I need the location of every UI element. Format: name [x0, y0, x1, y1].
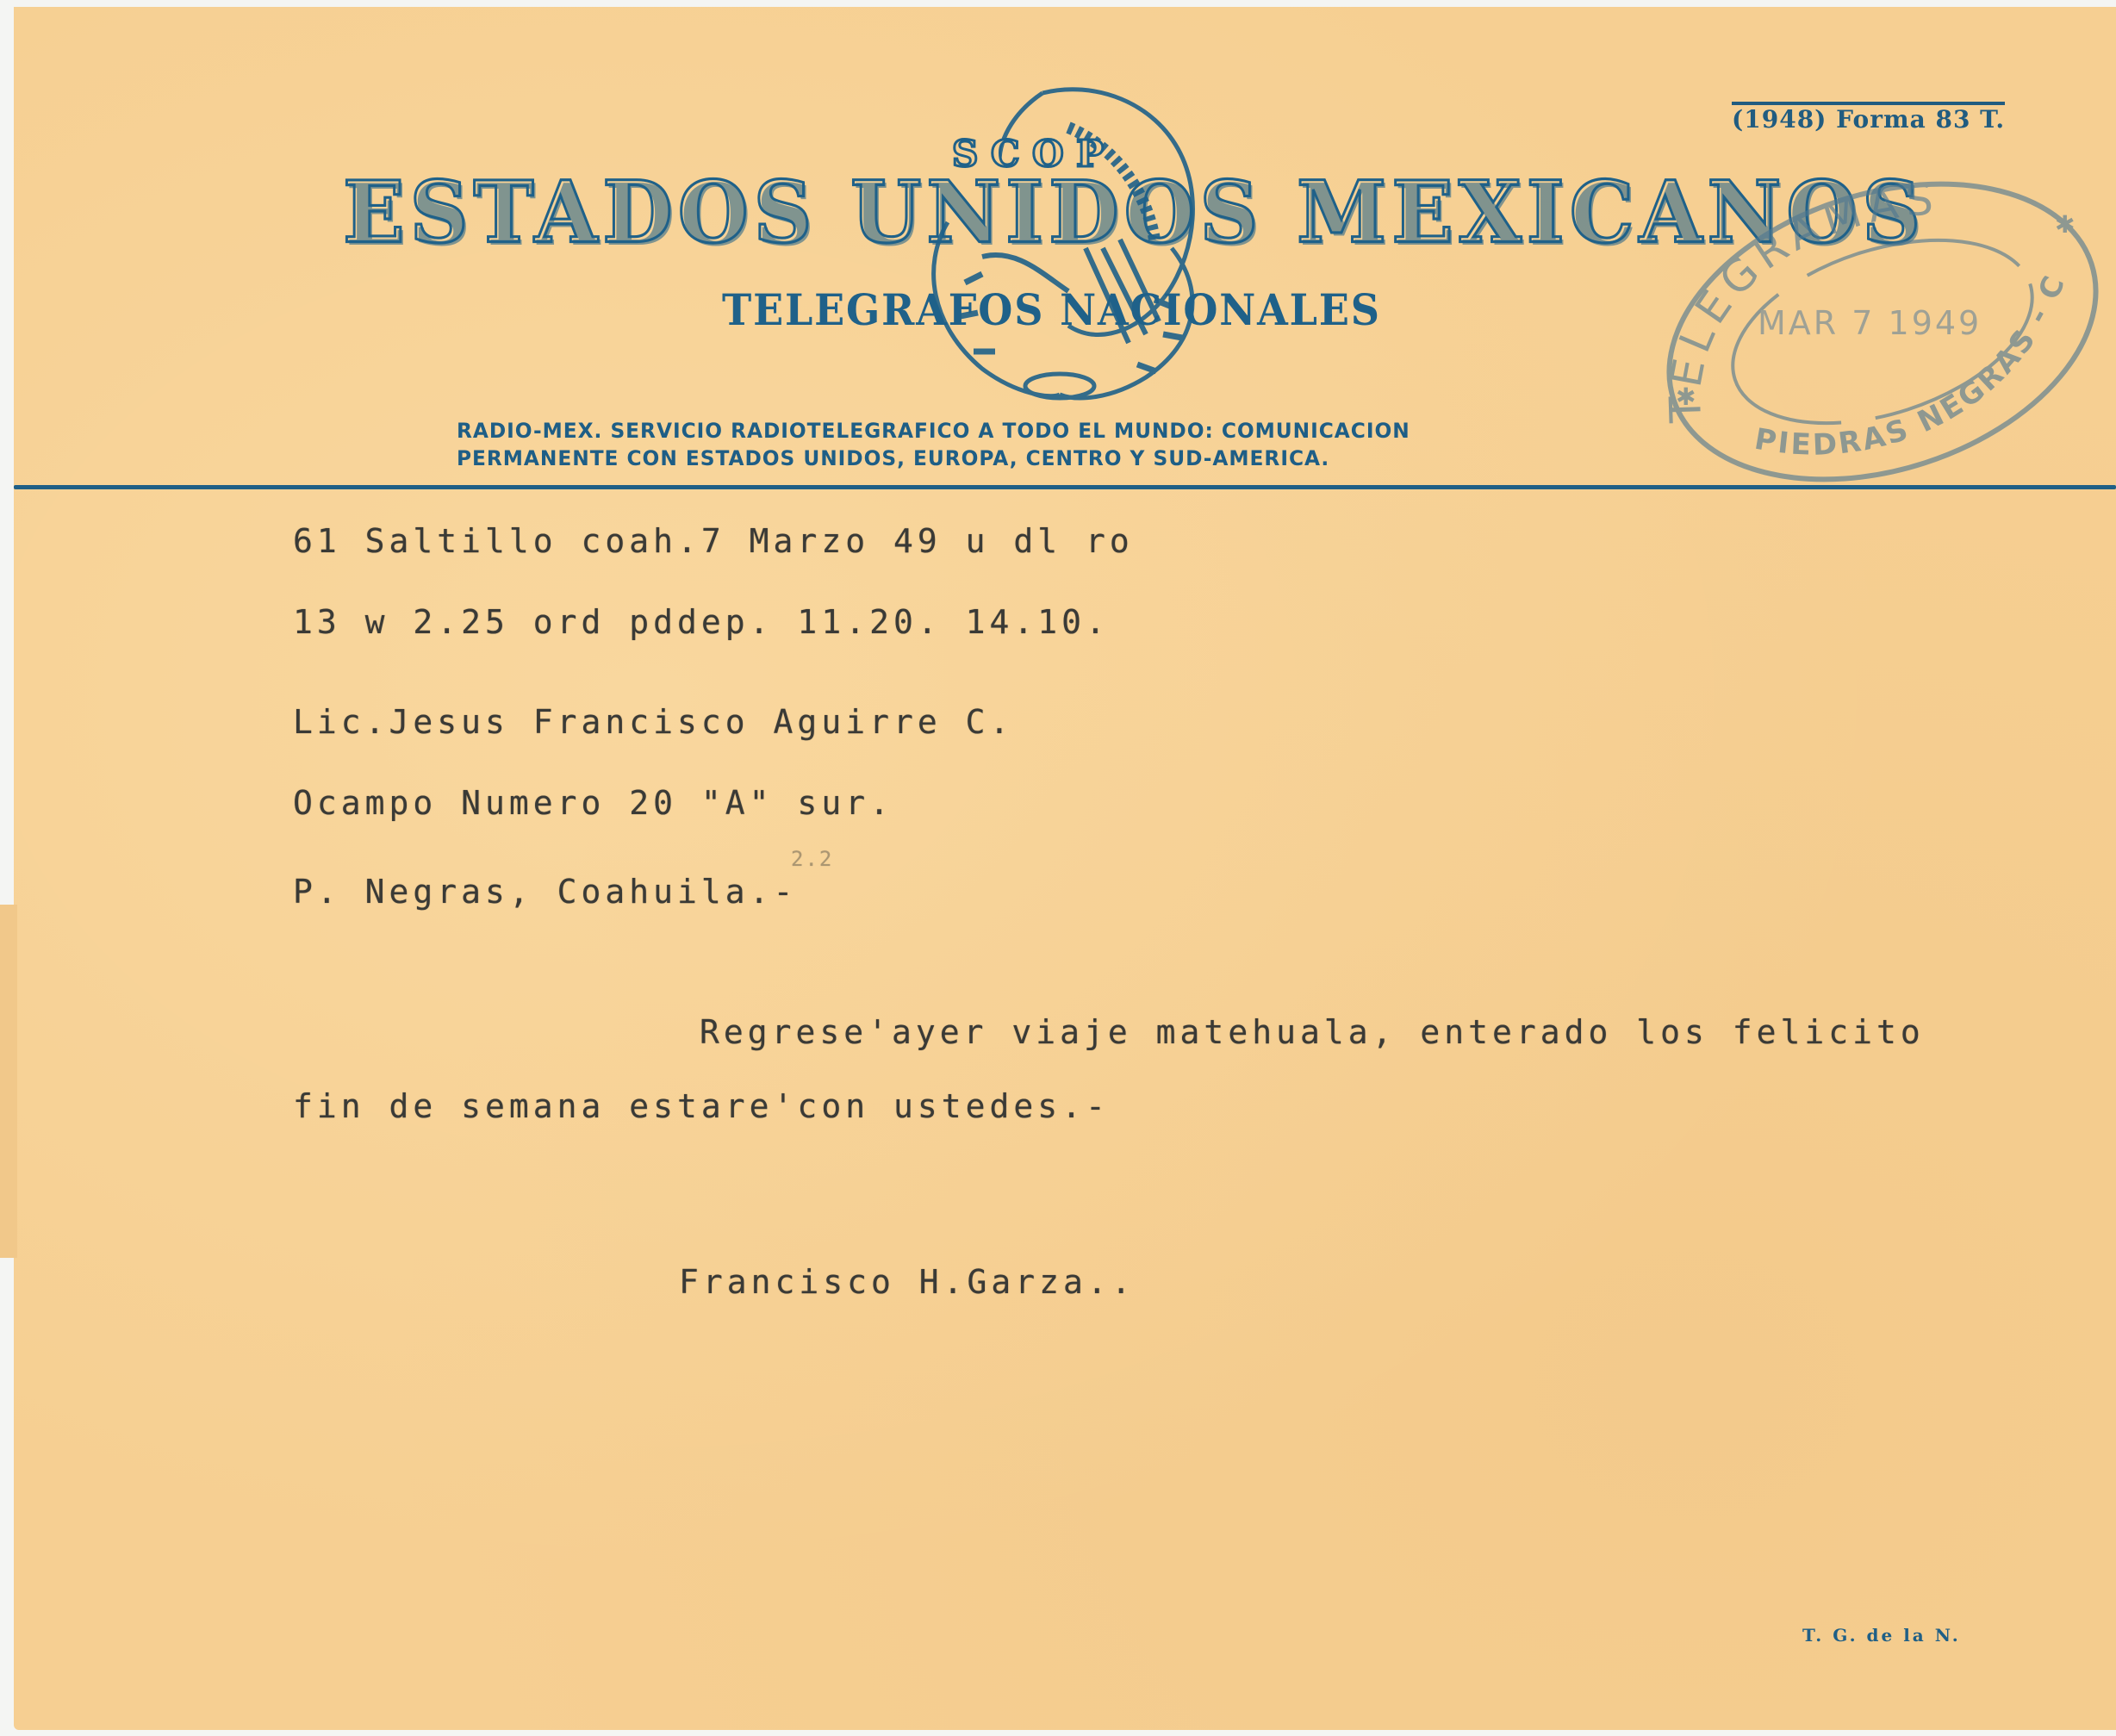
service-tagline: RADIO-MEX. SERVICIO RADIOTELEGRAFICO A T…	[457, 417, 1723, 472]
telegram-postmark-stamp: TELEGRAMAS PIEDRAS NEGRAS - COAH. MAR 7 …	[1650, 164, 2115, 500]
tagline-line-2: PERMANENTE CON ESTADOS UNIDOS, EUROPA, C…	[457, 445, 1685, 472]
header-subtitle: TELEGRAFOS NACIONALES	[722, 284, 1372, 336]
svg-text:✱: ✱	[2055, 210, 2075, 239]
tagline-line-1: RADIO-MEX. SERVICIO RADIOTELEGRAFICO A T…	[457, 417, 1685, 445]
addressee-name: Lic.Jesus Francisco Aguirre C.	[293, 703, 1013, 741]
printer-mark: T. G. de la N.	[1802, 1625, 1961, 1646]
header-title: ESTADOS UNIDOS MEXICANOS	[343, 163, 1773, 263]
sender-signature: Francisco H.Garza..	[679, 1263, 1136, 1301]
addressee-street: Ocampo Numero 20 "A" sur.	[293, 784, 893, 822]
message-line-1: Regrese'ayer viaje matehuala, enterado l…	[700, 1013, 1925, 1051]
addressee-city: P. Negras, Coahuila.-	[293, 873, 797, 911]
preamble-line-1: 61 Saltillo coah.7 Marzo 49 u dl ro	[293, 522, 1134, 560]
svg-text:TELEGRAMAS: TELEGRAMAS	[1660, 174, 1942, 425]
preamble-line-2: 13 w 2.25 ord pddep. 11.20. 14.10.	[293, 603, 1110, 641]
form-number-label: (1948) Forma 83 T.	[1732, 102, 2005, 133]
message-line-2: fin de semana estare'con ustedes.-	[293, 1087, 1110, 1125]
svg-text:✱: ✱	[1676, 383, 1696, 411]
paper-torn-edge	[0, 905, 17, 1258]
svg-text:MAR 7 1949: MAR 7 1949	[1758, 304, 1982, 342]
